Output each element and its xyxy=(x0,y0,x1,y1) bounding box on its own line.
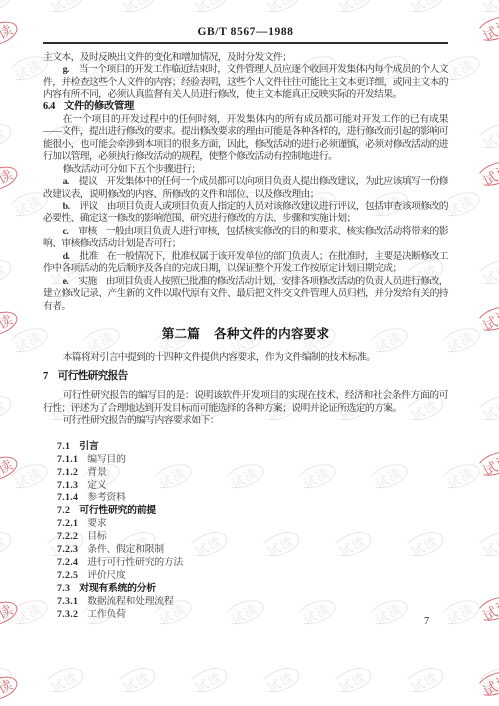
step-text: 在一般情况下，批准权属于该开发单位的部门负责人；在批准时，主要是决断修改工作中各… xyxy=(43,251,448,274)
watermark-stamp: 试读 xyxy=(479,667,499,697)
watermark-stamp: 试读 xyxy=(443,55,477,85)
outline-number: 7.1 xyxy=(57,441,70,452)
watermark-stamp: 试读 xyxy=(335,667,369,697)
watermark-stamp: 试读 xyxy=(191,667,225,697)
step-item-d: d.批准在一般情况下，批准权属于该开发单位的部门负责人；在批准时，主要是决断修改… xyxy=(43,251,448,276)
outline-number: 7.2.3 xyxy=(57,544,78,555)
outline-number: 7.3 xyxy=(57,583,70,594)
part-number: 第二篇 xyxy=(162,327,200,341)
outline-entry: 7.2.4进行可行性研究的方法 xyxy=(57,557,448,570)
step-item-e: e.实施由项目负责人按照已批准的修改活动计划，安排各项修改活动的负责人员进行修改… xyxy=(43,276,448,313)
step-keyword: 批准 xyxy=(79,251,97,262)
watermark-stamp: 试读 xyxy=(335,0,369,16)
outline-number: 7.2.4 xyxy=(57,557,78,568)
step-text: 由项目负责人按照已批准的修改活动计划，安排各项修改活动的负责人员进行修改，建立修… xyxy=(43,276,448,312)
outline-number: 7.2 xyxy=(57,505,70,516)
step-keyword: 审核 xyxy=(78,226,97,237)
outline-title: 要求 xyxy=(87,518,106,529)
outline-entry: 7.1.2背景 xyxy=(57,467,448,480)
watermark-stamp: 试读 xyxy=(479,123,499,153)
outline-entry: 7.1.4参考资料 xyxy=(57,492,448,505)
outline-title: 定义 xyxy=(87,480,106,491)
list-item-label: g. xyxy=(63,64,69,75)
watermark-stamp: 试读 xyxy=(0,164,17,196)
section-title: 文件的修改管理 xyxy=(64,101,134,112)
watermark-stamp: 试读 xyxy=(47,0,81,16)
watermark-stamp: 试读 xyxy=(0,123,9,153)
chapter-paragraph-lead: 可行性研究报告的编写内容要求如下： xyxy=(43,415,448,427)
watermark-stamp: 试读 xyxy=(443,191,477,221)
paragraph-steps-lead: 修改活动可分如下五个步骤进行； xyxy=(43,164,448,176)
step-label: d. xyxy=(63,251,70,262)
watermark-stamp: 试读 xyxy=(0,667,9,697)
watermark-stamp: 试读 xyxy=(407,667,441,697)
outline-title: 参考资料 xyxy=(87,492,125,503)
outline-title: 背景 xyxy=(87,467,106,478)
part-title: 各种文件的内容要求 xyxy=(214,327,329,341)
step-item-a: a.提议开发集体中的任何一个成员都可以向项目负责人提出修改建议，为此应该填写一份… xyxy=(43,176,448,201)
page-content: GB/T 8567—1988 主文本，及时反映出文件的变化和增加情况，及时分发文… xyxy=(43,26,448,622)
watermark-stamp: 试读 xyxy=(0,0,9,16)
watermark-stamp: 试读 xyxy=(0,454,17,486)
outline-entry: 7.2.3条件、假定和限制 xyxy=(57,544,448,557)
watermark-stamp: 试读 xyxy=(0,259,9,289)
watermark-stamp: 试读 xyxy=(443,599,477,629)
watermark-stamp: 试读 xyxy=(479,159,499,191)
step-item-b: b.评议由项目负责人或项目负责人指定的人员对该修改建议进行评议，包括审查该项修改… xyxy=(43,201,448,226)
outline-number: 7.1.1 xyxy=(57,454,78,465)
watermark-stamp: 试读 xyxy=(11,55,45,85)
part-heading: 第二篇各种文件的内容要求 xyxy=(43,328,448,340)
outline-entry: 7.1.3定义 xyxy=(57,480,448,493)
watermark-stamp: 试读 xyxy=(11,191,45,221)
watermark-stamp: 试读 xyxy=(119,0,153,16)
watermark-stamp: 试读 xyxy=(479,531,499,561)
chapter-heading-7: 7可行性研究报告 xyxy=(43,371,448,383)
paragraph-64-intro: 在一个项目的开发过程中的任何时刻，开发集体内的所有成员都可能对开发工作的已有成果… xyxy=(43,114,448,164)
outline-number: 7.2.5 xyxy=(57,570,78,581)
outline-entry: 7.1引言 xyxy=(57,441,448,454)
watermark-stamp: 试读 xyxy=(479,0,499,16)
step-item-c: c.审核一般由项目负责人进行审核，包括核实修改的目的和要求、核实修改活动将带来的… xyxy=(43,226,448,251)
outline-number: 7.3.2 xyxy=(57,609,78,620)
watermark-stamp: 试读 xyxy=(443,327,477,357)
outline-title: 工作负荷 xyxy=(87,609,125,620)
outline-number: 7.2.2 xyxy=(57,531,78,542)
chapter-title: 可行性研究报告 xyxy=(58,371,128,382)
outline-title: 对现有系统的分析 xyxy=(79,583,156,594)
outline-entry: 7.2.2目标 xyxy=(57,531,448,544)
outline-entry: 7.3对现有系统的分析 xyxy=(57,583,448,596)
step-keyword: 实施 xyxy=(78,276,97,287)
standard-code: GB/T 8567—1988 xyxy=(43,26,448,38)
list-item-g: g.当一个项目的开发工作临近结束时，文件管理人员应逐个收回开发集体内每个成员的个… xyxy=(43,64,448,101)
watermark-stamp: 试读 xyxy=(479,259,499,289)
step-text: 开发集体中的任何一个成员都可以向项目负责人提出修改建议，为此应该填写一份修改建议… xyxy=(43,176,448,199)
step-label: c. xyxy=(63,226,69,237)
paragraph-continuation: 主文本，及时反映出文件的变化和增加情况，及时分发文件； xyxy=(43,52,448,64)
part-intro-paragraph: 本篇将对引言中提到的十四种文件提供内容要求，作为文件编制的技术标准。 xyxy=(43,352,448,364)
watermark-stamp: 试读 xyxy=(263,0,297,16)
watermark-stamp: 试读 xyxy=(47,667,81,697)
step-keyword: 提议 xyxy=(79,176,98,187)
watermark-stamp: 试读 xyxy=(479,304,499,336)
watermark-stamp: 试读 xyxy=(191,0,225,16)
outline-title: 引言 xyxy=(79,441,98,452)
watermark-stamp: 试读 xyxy=(479,669,499,701)
outline-title: 可行性研究的前提 xyxy=(79,505,156,516)
watermark-stamp: 试读 xyxy=(0,531,9,561)
watermark-stamp: 试读 xyxy=(11,327,45,357)
outline-title: 目标 xyxy=(87,531,106,542)
step-label: b. xyxy=(63,201,70,212)
outline-list: 7.1引言 7.1.1编写目的 7.1.2背景 7.1.3定义 7.1.4参考资… xyxy=(57,441,448,622)
watermark-stamp: 试读 xyxy=(443,463,477,493)
watermark-stamp: 试读 xyxy=(479,449,499,481)
watermark-stamp: 试读 xyxy=(479,594,499,626)
list-item-text: 当一个项目的开发工作临近结束时，文件管理人员应逐个收回开发集体内每个成员的个人文… xyxy=(43,64,448,100)
outline-title: 评价尺度 xyxy=(87,570,125,581)
header-rule xyxy=(43,42,448,44)
watermark-stamp: 试读 xyxy=(479,395,499,425)
watermark-stamp: 试读 xyxy=(479,14,499,46)
watermark-stamp: 试读 xyxy=(407,0,441,16)
outline-entry: 7.2.1要求 xyxy=(57,518,448,531)
step-keyword: 评议 xyxy=(79,201,97,212)
outline-number: 7.1.4 xyxy=(57,492,78,503)
step-label: a. xyxy=(63,176,69,187)
watermark-stamp: 试读 xyxy=(263,667,297,697)
watermark-stamp: 试读 xyxy=(0,599,17,631)
chapter-paragraph-purpose: 可行性研究报告的编写目的是：说明该软件开发项目的实现在技术、经济和社会条件方面的… xyxy=(43,390,448,415)
outline-title: 条件、假定和限制 xyxy=(87,544,164,555)
watermark-stamp: 试读 xyxy=(0,309,17,341)
watermark-stamp: 试读 xyxy=(0,674,17,706)
outline-number: 7.1.3 xyxy=(57,480,78,491)
outline-title: 进行可行性研究的方法 xyxy=(87,557,183,568)
watermark-stamp: 试读 xyxy=(0,19,17,51)
body-text: 主文本，及时反映出文件的变化和增加情况，及时分发文件； g.当一个项目的开发工作… xyxy=(43,52,448,622)
outline-entry: 7.3.1数据流程和处理流程 xyxy=(57,596,448,609)
outline-number: 7.1.2 xyxy=(57,467,78,478)
section-number: 6.4 xyxy=(43,101,55,112)
page-number: 7 xyxy=(424,616,429,627)
outline-title: 数据流程和处理流程 xyxy=(87,596,173,607)
section-heading-6-4: 6.4文件的修改管理 xyxy=(43,101,448,113)
watermark-stamp: 试读 xyxy=(11,463,45,493)
outline-number: 7.2.1 xyxy=(57,518,78,529)
watermark-stamp: 试读 xyxy=(0,395,9,425)
outline-entry: 7.2.5评价尺度 xyxy=(57,570,448,583)
outline-number: 7.3.1 xyxy=(57,596,78,607)
watermark-stamp: 试读 xyxy=(119,667,153,697)
watermark-stamp: 试读 xyxy=(11,599,45,629)
document-page: 试读试读试读试读试读试读试读试读试读试读试读试读试读试读试读试读试读试读试读试读… xyxy=(0,0,499,706)
outline-entry: 7.1.1编写目的 xyxy=(57,454,448,467)
outline-entry: 7.2可行性研究的前提 xyxy=(57,505,448,518)
chapter-number: 7 xyxy=(43,371,48,382)
outline-title: 编写目的 xyxy=(87,454,125,465)
step-text: 由项目负责人或项目负责人指定的人员对该修改建议进行评议，包括审查该项修改的必要性… xyxy=(43,201,448,224)
step-label: e. xyxy=(63,276,69,287)
outline-entry: 7.3.2工作负荷 xyxy=(57,609,448,622)
step-text: 一般由项目负责人进行审核，包括核实修改的目的和要求、核实修改活动将带来的影响、审… xyxy=(43,226,448,249)
